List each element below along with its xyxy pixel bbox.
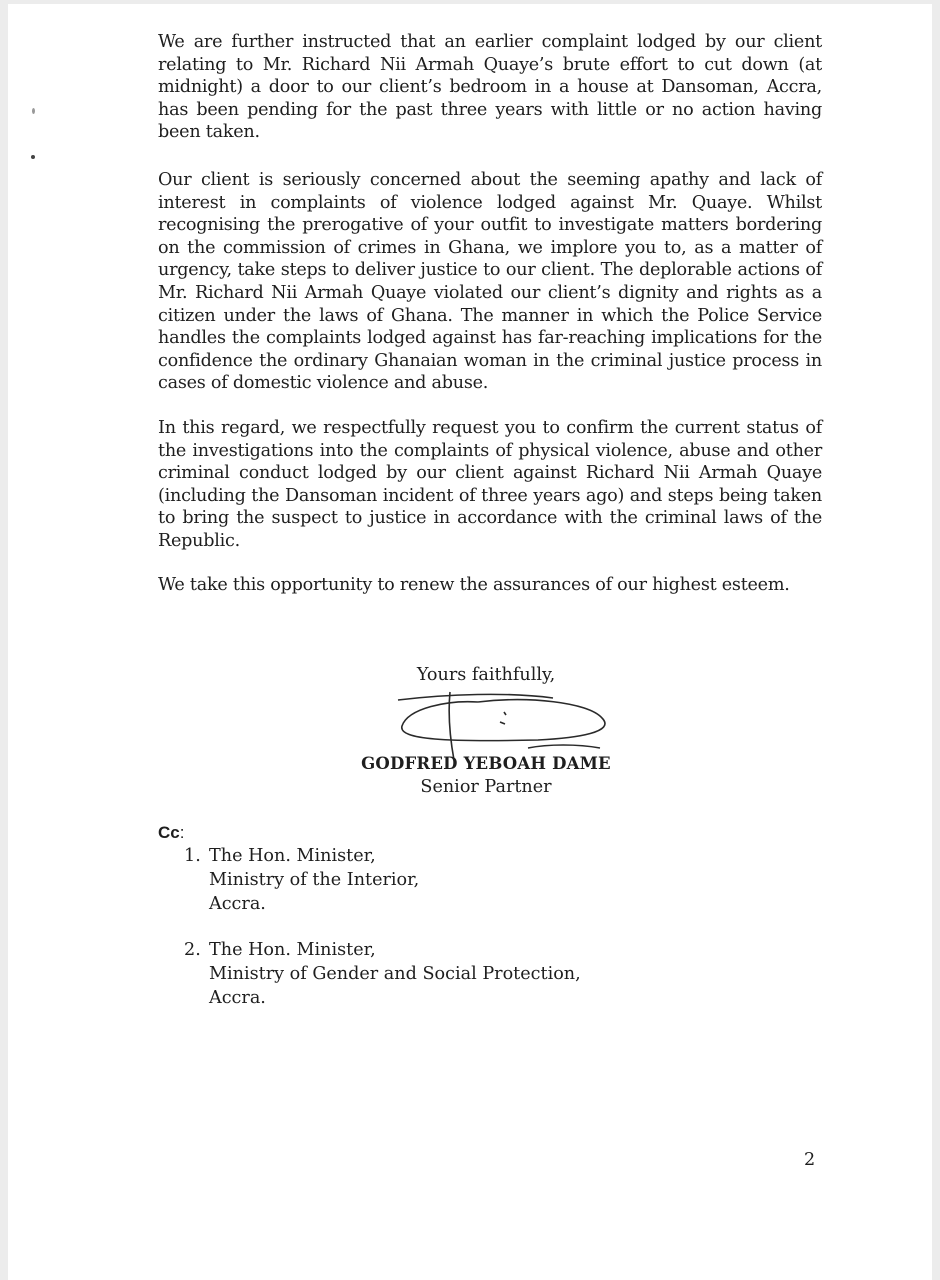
cc-label: Cc:	[158, 822, 184, 844]
paragraph-assurances: We take this opportunity to renew the as…	[158, 574, 822, 597]
cc-recipient-line: Accra.	[209, 986, 581, 1010]
paragraph-status-request: In this regard, we respectfully request …	[158, 417, 822, 553]
closing-salutation: Yours faithfully,	[308, 664, 664, 686]
cc-recipient-line: The Hon. Minister,	[209, 938, 581, 962]
signature-icon	[388, 688, 618, 760]
scan-speck	[31, 155, 35, 159]
page-number: 2	[804, 1150, 815, 1170]
cc-recipient: 1. The Hon. Minister, Ministry of the In…	[184, 844, 581, 916]
cc-recipient-line: Ministry of Gender and Social Protection…	[209, 962, 581, 986]
cc-recipient: 2. The Hon. Minister, Ministry of Gender…	[184, 938, 581, 1010]
cc-label-text: Cc	[158, 823, 180, 842]
document-page: We are further instructed that an earlie…	[8, 4, 932, 1280]
signatory-title: Senior Partner	[308, 776, 664, 798]
cc-recipient-line: Accra.	[209, 892, 581, 916]
cc-recipient-line: Ministry of the Interior,	[209, 868, 581, 892]
cc-recipient-list: 1. The Hon. Minister, Ministry of the In…	[184, 844, 581, 1032]
cc-colon: :	[180, 823, 185, 842]
cc-recipient-line: The Hon. Minister,	[209, 844, 581, 868]
paragraph-client-concern: Our client is seriously concerned about …	[158, 169, 822, 395]
paragraph-earlier-complaint: We are further instructed that an earlie…	[158, 31, 822, 144]
cc-recipient-number: 1.	[184, 844, 201, 868]
signatory-name: GODFRED YEBOAH DAME	[308, 753, 664, 775]
scan-speck	[32, 108, 35, 114]
cc-recipient-number: 2.	[184, 938, 201, 962]
